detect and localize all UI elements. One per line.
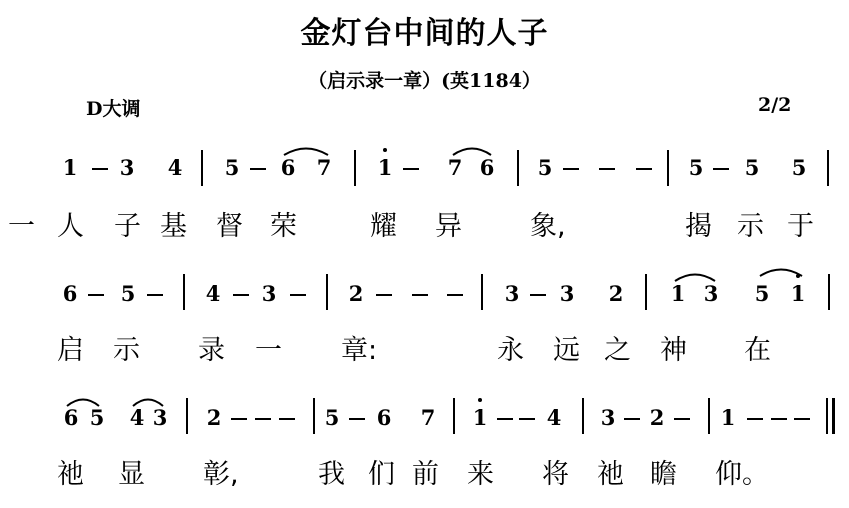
barline bbox=[828, 274, 830, 310]
lyric: 永 bbox=[497, 336, 524, 366]
lyric: 前 bbox=[412, 460, 439, 490]
barline bbox=[827, 150, 829, 186]
dash bbox=[233, 294, 249, 296]
barline bbox=[186, 398, 188, 434]
note: 5 bbox=[87, 406, 107, 430]
lyric: 一 bbox=[8, 212, 35, 242]
lyric: 彰, bbox=[203, 460, 239, 490]
dash bbox=[349, 418, 365, 420]
lyric: 揭 bbox=[685, 212, 712, 242]
note: 6 bbox=[374, 406, 394, 430]
lyric: 来 bbox=[467, 460, 494, 490]
slur bbox=[131, 395, 165, 407]
lyric: 耀 bbox=[370, 212, 397, 242]
lyric: 我 bbox=[318, 460, 345, 490]
lyric: 于 bbox=[787, 212, 814, 242]
note: 5 bbox=[222, 156, 242, 180]
note: 3 bbox=[150, 406, 170, 430]
slur bbox=[65, 395, 101, 407]
note: 3 bbox=[259, 282, 279, 306]
note: 4 bbox=[544, 406, 564, 430]
barline bbox=[326, 274, 328, 310]
dash bbox=[447, 294, 463, 296]
slur bbox=[673, 270, 717, 282]
dash bbox=[636, 168, 652, 170]
note: 3 bbox=[117, 156, 137, 180]
lyric: 示 bbox=[737, 212, 764, 242]
dash bbox=[255, 418, 271, 420]
note: 5 bbox=[535, 156, 555, 180]
dash bbox=[674, 418, 690, 420]
lyric: 显 bbox=[118, 460, 145, 490]
barline bbox=[481, 274, 483, 310]
dash bbox=[794, 418, 810, 420]
dash bbox=[599, 168, 615, 170]
lyric: 录 bbox=[198, 336, 225, 366]
dash bbox=[290, 294, 306, 296]
barline bbox=[645, 274, 647, 310]
note: 5 bbox=[322, 406, 342, 430]
song-title: 金灯台中间的人子 bbox=[0, 8, 849, 52]
lyric: 督 bbox=[216, 212, 243, 242]
lyric: 子 bbox=[114, 212, 141, 242]
lyric: 仰。 bbox=[715, 460, 769, 490]
note: 4 bbox=[203, 282, 223, 306]
lyric: 基 bbox=[160, 212, 187, 242]
key-signature: D大调 bbox=[86, 94, 140, 121]
barline bbox=[313, 398, 315, 434]
note: 2 bbox=[606, 282, 626, 306]
barline bbox=[517, 150, 519, 186]
barline bbox=[354, 150, 356, 186]
dash bbox=[147, 294, 163, 296]
slur bbox=[451, 144, 493, 156]
barline bbox=[582, 398, 584, 434]
note: 5 bbox=[742, 156, 762, 180]
dash bbox=[279, 418, 295, 420]
note: 3 bbox=[598, 406, 618, 430]
note: 4 bbox=[165, 156, 185, 180]
lyric: 异 bbox=[435, 212, 462, 242]
lyric: 章: bbox=[341, 336, 377, 366]
octave-dot bbox=[383, 148, 387, 152]
note-high: 1 bbox=[470, 406, 490, 430]
lyric: 示 bbox=[113, 336, 140, 366]
lyric: 远 bbox=[553, 336, 580, 366]
note: 5 bbox=[118, 282, 138, 306]
dash bbox=[563, 168, 579, 170]
dash bbox=[88, 294, 104, 296]
note: 6 bbox=[477, 156, 497, 180]
dash bbox=[403, 168, 419, 170]
barline bbox=[453, 398, 455, 434]
note: 3 bbox=[701, 282, 721, 306]
note: 5 bbox=[752, 282, 772, 306]
dash bbox=[747, 418, 763, 420]
lyric: 荣 bbox=[270, 212, 297, 242]
dash bbox=[412, 294, 428, 296]
lyric: 祂 bbox=[57, 460, 84, 490]
dash bbox=[530, 294, 546, 296]
barline bbox=[667, 150, 669, 186]
lyric: 启 bbox=[57, 336, 84, 366]
lyric: 在 bbox=[744, 336, 771, 366]
time-signature: 2/2 bbox=[758, 94, 791, 116]
dash bbox=[771, 418, 787, 420]
note: 7 bbox=[445, 156, 465, 180]
note: 3 bbox=[557, 282, 577, 306]
barline bbox=[708, 398, 710, 434]
barline bbox=[201, 150, 203, 186]
note: 2 bbox=[346, 282, 366, 306]
barline bbox=[183, 274, 185, 310]
dash bbox=[713, 168, 729, 170]
note: 2 bbox=[647, 406, 667, 430]
dash bbox=[92, 168, 108, 170]
note: 6 bbox=[61, 406, 81, 430]
lyric: 神 bbox=[660, 336, 687, 366]
dash bbox=[376, 294, 392, 296]
song-subtitle: （启示录一章）(英1184） bbox=[0, 66, 849, 93]
lyric: 瞻 bbox=[650, 460, 677, 490]
final-barline bbox=[826, 398, 828, 434]
dash bbox=[231, 418, 247, 420]
final-barline-thick bbox=[832, 398, 835, 434]
note-high: 1 bbox=[375, 156, 395, 180]
note: 1 bbox=[668, 282, 688, 306]
slur bbox=[758, 265, 804, 277]
note-high: 1 bbox=[788, 282, 808, 306]
note: 6 bbox=[278, 156, 298, 180]
octave-dot bbox=[478, 398, 482, 402]
slur bbox=[282, 144, 330, 156]
dash bbox=[519, 418, 535, 420]
lyric: 人 bbox=[57, 212, 84, 242]
note: 1 bbox=[60, 156, 80, 180]
note: 6 bbox=[60, 282, 80, 306]
note: 4 bbox=[127, 406, 147, 430]
lyric: 一 bbox=[255, 336, 282, 366]
lyric: 祂 bbox=[597, 460, 624, 490]
lyric: 将 bbox=[542, 460, 569, 490]
note: 5 bbox=[686, 156, 706, 180]
lyric: 们 bbox=[368, 460, 395, 490]
note: 3 bbox=[502, 282, 522, 306]
lyric: 象, bbox=[530, 212, 566, 242]
note: 5 bbox=[789, 156, 809, 180]
dash bbox=[624, 418, 640, 420]
dash bbox=[250, 168, 266, 170]
dash bbox=[497, 418, 513, 420]
note: 2 bbox=[204, 406, 224, 430]
note: 7 bbox=[418, 406, 438, 430]
note: 7 bbox=[314, 156, 334, 180]
lyric: 之 bbox=[604, 336, 631, 366]
note: 1 bbox=[718, 406, 738, 430]
